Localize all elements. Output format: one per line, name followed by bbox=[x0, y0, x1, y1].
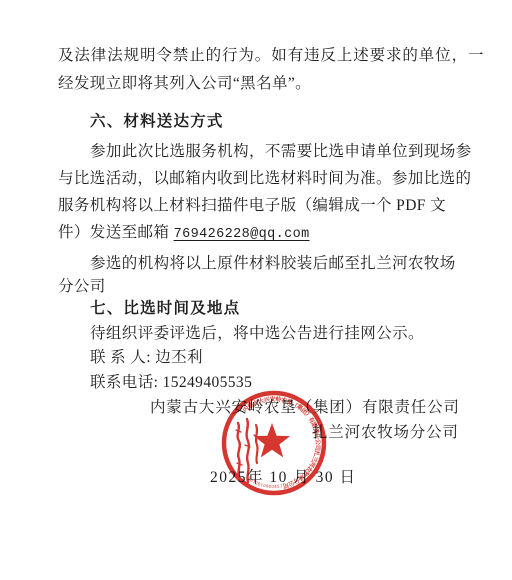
paragraph2-line2: 与比选活动，以邮箱内收到比选材料时间为准。参加比选的 bbox=[58, 169, 471, 189]
paragraph3-line2: 分公司 bbox=[58, 277, 106, 297]
paragraph3-line1: 参选的机构将以上原件材料胶装后邮至扎兰河农牧场 bbox=[90, 254, 456, 274]
email-line-prefix: 件）发送至邮箱 bbox=[58, 224, 174, 241]
section6-heading: 六、材料送达方式 bbox=[90, 112, 224, 132]
section7-heading: 七、比选时间及地点 bbox=[90, 299, 240, 319]
paragraph1-line1: 及法律法规明令禁止的行为。如有违反上述要求的单位，一 bbox=[58, 46, 484, 66]
email-address: 769426228@qq.com bbox=[174, 227, 310, 242]
seal-star-icon bbox=[254, 423, 290, 457]
contact-phone: 联系电话: 15249405535 bbox=[90, 373, 252, 393]
paragraph2-line4: 件）发送至邮箱 769426228@qq.com bbox=[58, 223, 310, 245]
paragraph1-line2: 经发现立即将其列入公司“黑名单”。 bbox=[58, 74, 311, 94]
paragraph2-line3: 服务机构将以上材料扫描件电子版（编辑成一个 PDF 文 bbox=[58, 196, 446, 216]
company-signature-line2: 扎兰河农牧场分公司 bbox=[312, 423, 459, 443]
paragraph4-line1: 待组织评委评选后，将中选公告进行挂网公示。 bbox=[90, 324, 424, 344]
company-signature-line1: 内蒙古大兴安岭农垦（集团）有限责任公司 bbox=[150, 398, 460, 418]
document-date: 2025年 10 月 30 日 bbox=[210, 468, 357, 488]
contact-person: 联 系 人: 边丕利 bbox=[90, 348, 203, 368]
paragraph2-line1: 参加此次比选服务机构，不需要比选申请单位到现场参 bbox=[90, 142, 472, 162]
document-page: 及法律法规明令禁止的行为。如有违反上述要求的单位，一 经发现立即将其列入公司“黑… bbox=[0, 0, 512, 580]
